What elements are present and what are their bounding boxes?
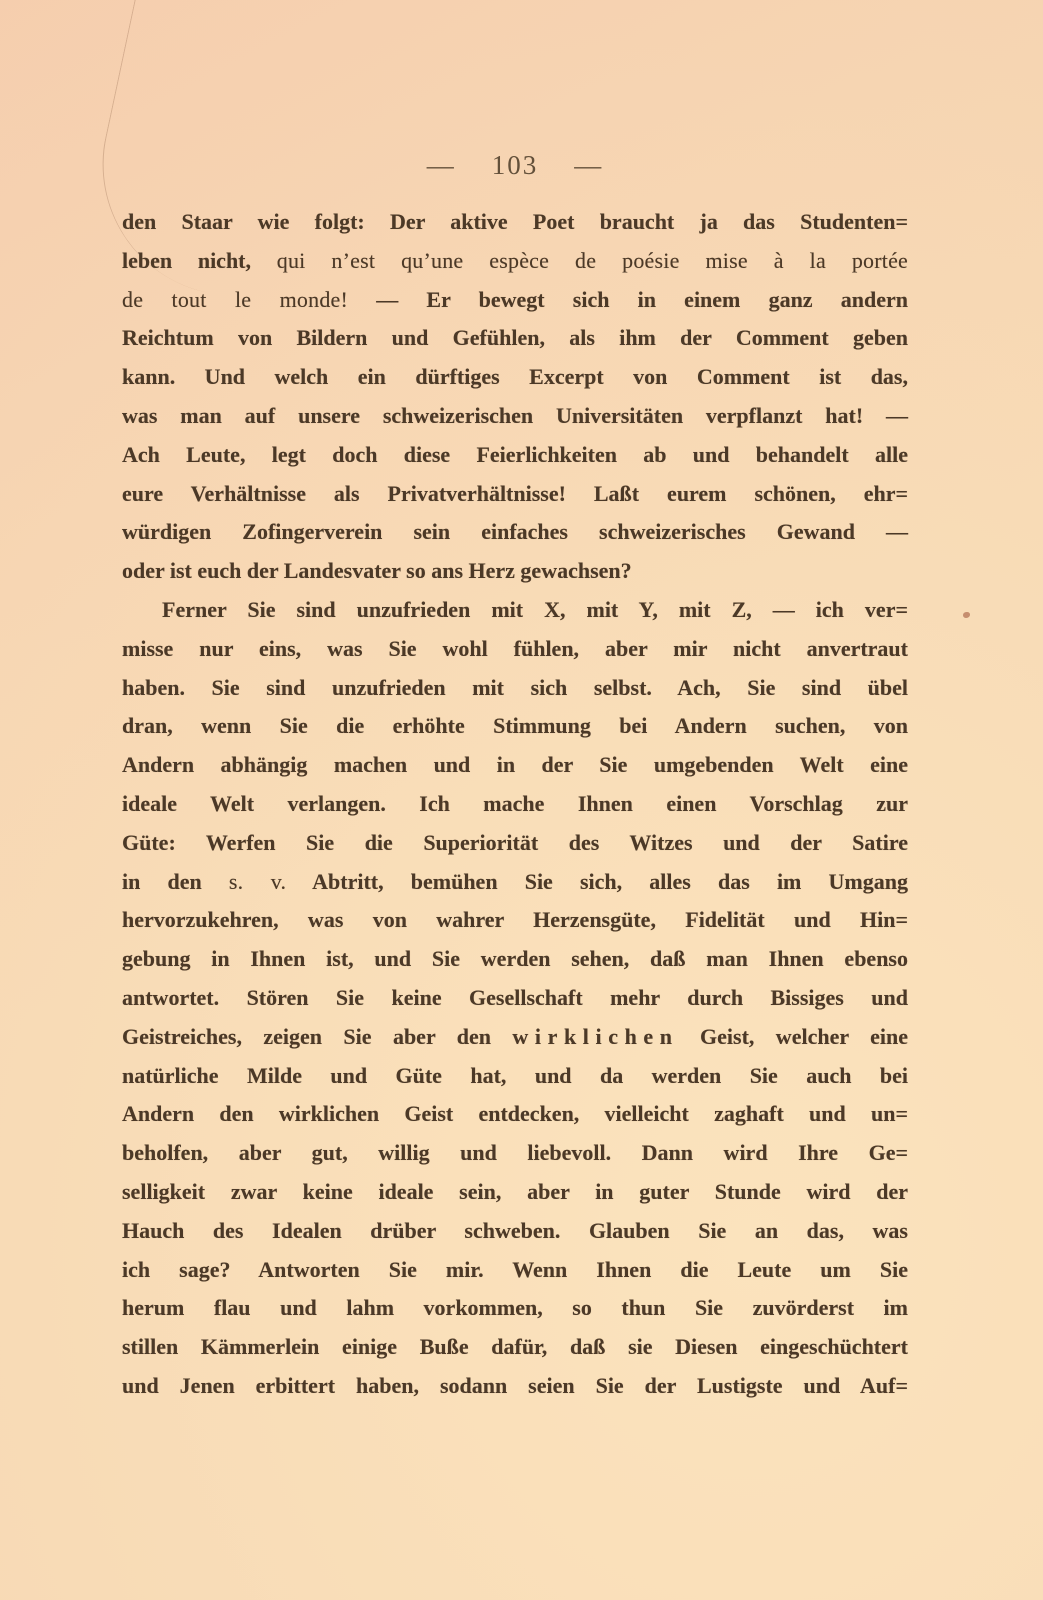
text-segment: Güte: Werfen Sie die Superiorität des Wi… (122, 830, 908, 855)
text-line: und Jenen erbittert haben, sodann seien … (122, 1367, 908, 1406)
text-line: herum flau und lahm vorkommen, so thun S… (122, 1289, 908, 1328)
text-segment: Geist, welcher eine (679, 1024, 908, 1049)
text-segment: würdigen Zofingerverein sein einfaches s… (122, 519, 908, 544)
text-segment: misse nur eins, was Sie wohl fühlen, abe… (122, 636, 908, 661)
text-line: haben. Sie sind unzufrieden mit sich sel… (122, 669, 908, 708)
text-segment: Reichtum von Bildern und Gefühlen, als i… (122, 325, 908, 350)
text-segment: — Er bewegt sich in einem ganz andern (348, 287, 908, 312)
text-line: natürliche Milde und Güte hat, und da we… (122, 1057, 908, 1096)
text-line: leben nicht, qui n’est qu’une espèce de … (122, 242, 908, 281)
text-segment: dran, wenn Sie die erhöhte Stimmung bei … (122, 713, 908, 738)
text-line: dran, wenn Sie die erhöhte Stimmung bei … (122, 707, 908, 746)
text-line: Andern abhängig machen und in der Sie um… (122, 746, 908, 785)
text-segment: selligkeit zwar keine ideale sein, aber … (122, 1179, 908, 1204)
text-line: würdigen Zofingerverein sein einfaches s… (122, 513, 908, 552)
text-line: antwortet. Stören Sie keine Gesellschaft… (122, 979, 908, 1018)
text-line: stillen Kämmerlein einige Buße dafür, da… (122, 1328, 908, 1367)
text-line: in den s. v. Abtritt, bemühen Sie sich, … (122, 863, 908, 902)
text-segment: Geistreiches, zeigen Sie aber den (122, 1024, 512, 1049)
text-segment: und Jenen erbittert haben, sodann seien … (122, 1373, 908, 1398)
text-segment: in den (122, 869, 229, 894)
text-line: eure Verhältnisse als Privatverhältnisse… (122, 475, 908, 514)
text-block: den Staar wie folgt: Der aktive Poet bra… (122, 203, 908, 1406)
text-segment: beholfen, aber gut, willig und liebevoll… (122, 1140, 908, 1165)
text-segment: was man auf unsere schweizerischen Unive… (122, 403, 908, 428)
text-line: kann. Und welch ein dürftiges Excerpt vo… (122, 358, 908, 397)
text-line: misse nur eins, was Sie wohl fühlen, abe… (122, 630, 908, 669)
text-segment: antwortet. Stören Sie keine Gesellschaft… (122, 985, 908, 1010)
text-segment: stillen Kämmerlein einige Buße dafür, da… (122, 1334, 908, 1359)
text-segment: Hauch des Idealen drüber schweben. Glaub… (122, 1218, 908, 1243)
text-segment: haben. Sie sind unzufrieden mit sich sel… (122, 675, 908, 700)
text-line: Ach Leute, legt doch diese Feierlichkeit… (122, 436, 908, 475)
text-segment: natürliche Milde und Güte hat, und da we… (122, 1063, 908, 1088)
text-segment: herum flau und lahm vorkommen, so thun S… (122, 1295, 908, 1320)
text-segment: qui n’est qu’une espèce de poésie mise à… (277, 248, 908, 273)
text-line: Güte: Werfen Sie die Superiorität des Wi… (122, 824, 908, 863)
text-segment: s. v. (229, 869, 286, 894)
text-line: Hauch des Idealen drüber schweben. Glaub… (122, 1212, 908, 1251)
text-line: den Staar wie folgt: Der aktive Poet bra… (122, 203, 908, 242)
text-segment: eure Verhältnisse als Privatverhältnisse… (122, 481, 908, 506)
book-page: — 103 — den Staar wie folgt: Der aktive … (0, 0, 1043, 1600)
page-header: — 103 — (122, 150, 908, 181)
text-segment: oder ist euch der Landesvater so ans Her… (122, 558, 632, 583)
text-line: ich sage? Antworten Sie mir. Wenn Ihnen … (122, 1251, 908, 1290)
text-segment: kann. Und welch ein dürftiges Excerpt vo… (122, 364, 908, 389)
text-line: Geistreiches, zeigen Sie aber den wirkli… (122, 1018, 908, 1057)
text-line: oder ist euch der Landesvater so ans Her… (122, 552, 908, 591)
text-segment: ideale Welt verlangen. Ich mache Ihnen e… (122, 791, 908, 816)
text-line: ideale Welt verlangen. Ich mache Ihnen e… (122, 785, 908, 824)
text-line: Ferner Sie sind unzufrieden mit X, mit Y… (122, 591, 908, 630)
text-line: gebung in Ihnen ist, und Sie werden sehe… (122, 940, 908, 979)
text-segment: Ach Leute, legt doch diese Feierlichkeit… (122, 442, 908, 467)
text-segment: ich sage? Antworten Sie mir. Wenn Ihnen … (122, 1257, 908, 1282)
text-segment: hervorzukehren, was von wahrer Herzensgü… (122, 907, 908, 932)
text-segment: de tout le monde! (122, 287, 348, 312)
text-line: selligkeit zwar keine ideale sein, aber … (122, 1173, 908, 1212)
header-dash-left: — (427, 150, 456, 181)
paper-speck (963, 612, 970, 618)
text-line: Reichtum von Bildern und Gefühlen, als i… (122, 319, 908, 358)
text-line: was man auf unsere schweizerischen Unive… (122, 397, 908, 436)
text-line: beholfen, aber gut, willig und liebevoll… (122, 1134, 908, 1173)
page-number: 103 (492, 150, 539, 181)
header-dash-right: — (574, 150, 603, 181)
text-segment: Abtritt, bemühen Sie sich, alles das im … (286, 869, 908, 894)
text-segment: leben nicht, (122, 248, 277, 273)
text-segment: Andern abhängig machen und in der Sie um… (122, 752, 908, 777)
text-segment: Ferner Sie sind unzufrieden mit X, mit Y… (162, 597, 908, 622)
text-segment: wirklichen (512, 1024, 678, 1049)
text-segment: gebung in Ihnen ist, und Sie werden sehe… (122, 946, 908, 971)
text-segment: Andern den wirklichen Geist entdecken, v… (122, 1101, 908, 1126)
text-line: hervorzukehren, was von wahrer Herzensgü… (122, 901, 908, 940)
text-line: Andern den wirklichen Geist entdecken, v… (122, 1095, 908, 1134)
text-segment: den Staar wie folgt: Der aktive Poet bra… (122, 209, 908, 234)
text-line: de tout le monde! — Er bewegt sich in ei… (122, 281, 908, 320)
